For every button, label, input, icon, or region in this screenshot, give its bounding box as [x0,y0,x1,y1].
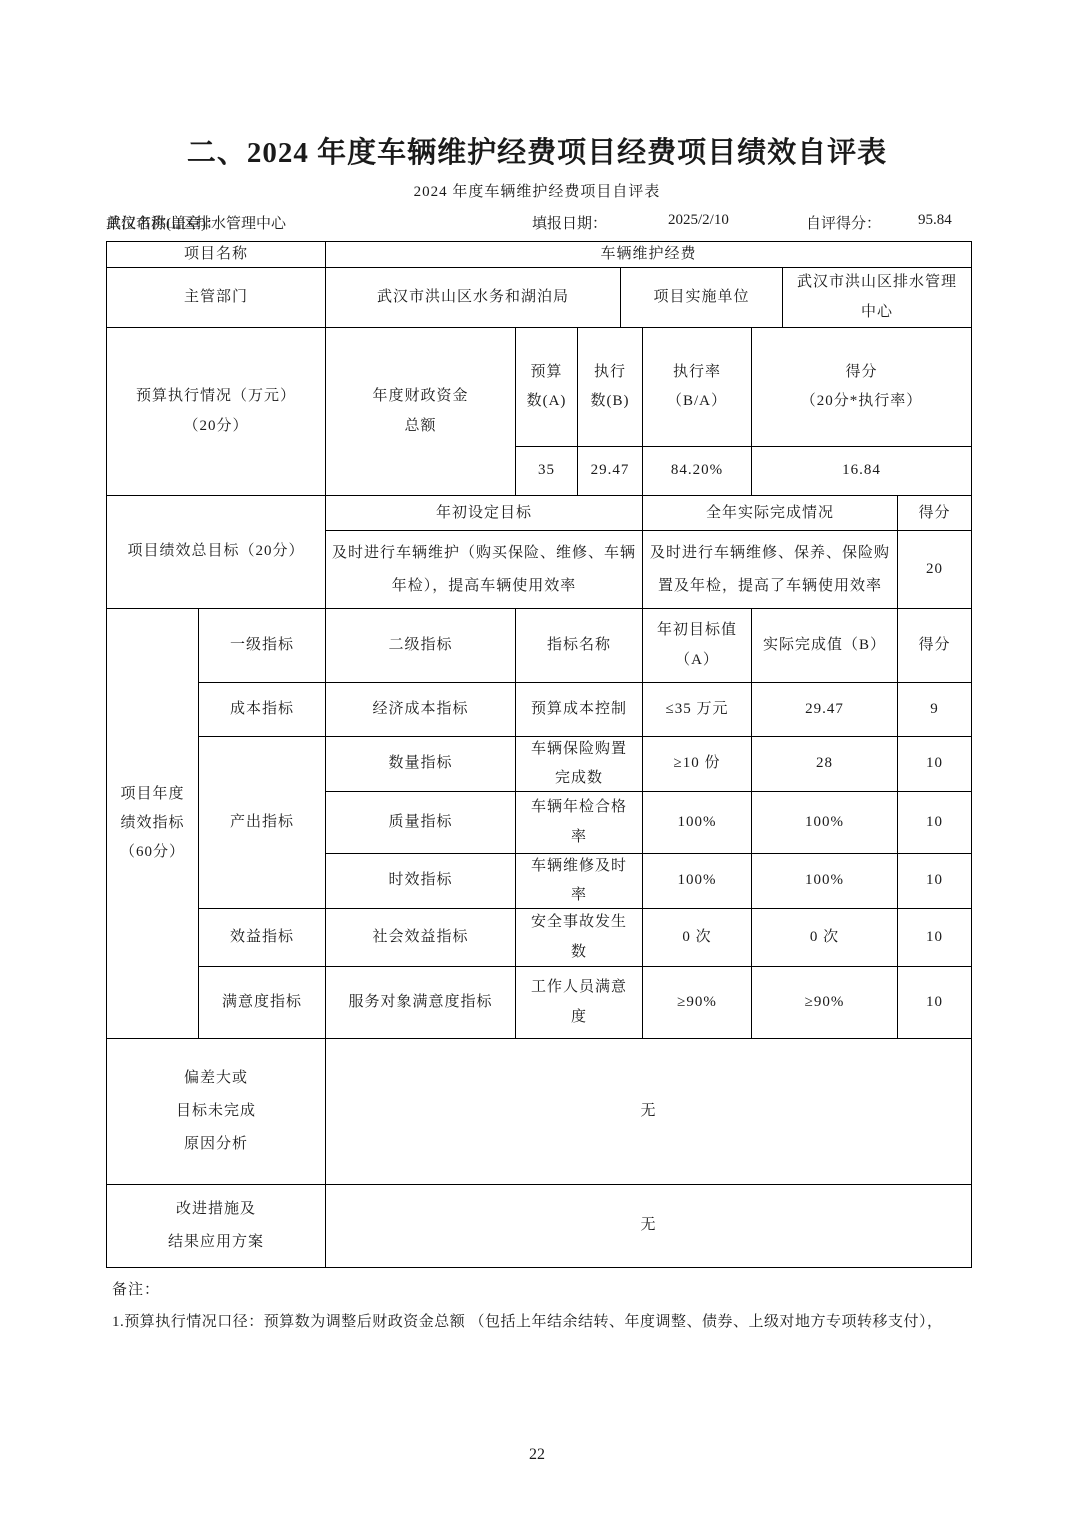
fill-date-label: 填报日期： [532,212,607,233]
improvement-label-cell: 改进措施及 结果应用方案 [107,1185,326,1268]
table-subtitle: 2024 年度车辆维护经费项目自评表 [0,180,1074,201]
indicator-row-cell: 车辆保险购置 完成数 [516,737,643,792]
indicator-score-header-cell: 得分 [898,609,972,683]
indicators-section-label-cell: 项目年度 绩效指标 （60分） [107,609,199,1039]
indicator-row-cell: 100% [752,854,898,909]
indicator-row-cell: 工作人员满意 度 [516,967,643,1039]
info-line: 单位名称(盖章)：武汉市洪山区排水管理中心 填报日期： 2025/2/10 自评… [106,212,972,234]
performance-goals-section: 项目绩效总目标（20分） 年初设定目标 全年实际完成情况 得分 及时进行车辆维护… [107,496,972,609]
indicator-row-cell: 9 [898,683,972,737]
budget-execution-section: 预算执行情况（万元） （20分） 年度财政资金 总额 预算 数(A) 执行 数(… [107,328,972,496]
indicator-row-cell: 10 [898,967,972,1039]
goals-section-label-cell: 项目绩效总目标（20分） [107,496,326,609]
indicator-row-cell: 10 [898,909,972,967]
exec-rate-header-cell: 执行率 （B/A） [643,328,752,447]
self-score-value: 95.84 [918,212,952,229]
indicator-row-cell: 100% [643,854,752,909]
indicator-row-cell: 预算成本控制 [516,683,643,737]
indicator-row-cell: ≤35 万元 [643,683,752,737]
indicator-row-cell: ≥90% [643,967,752,1039]
document-page: 二、2024 年度车辆维护经费项目经费项目绩效自评表 2024 年度车辆维护经费… [0,0,1074,1520]
department-row: 主管部门 武汉市洪山区水务和湖泊局 项目实施单位 武汉市洪山区排水管理 中心 [107,268,972,328]
budget-score-value-cell: 16.84 [752,447,972,496]
project-name-row: 项目名称 车辆维护经费 [107,242,972,268]
indicator-row-cell: 成本指标 [199,683,326,737]
deviation-section: 偏差大或 目标未完成 原因分析 无 [107,1039,972,1185]
deviation-value-cell: 无 [326,1039,972,1185]
indicator-row-cell: 0 次 [752,909,898,967]
indicator-row-cell: 车辆维修及时 率 [516,854,643,909]
indicator-row-cell: 经济成本指标 [326,683,516,737]
notes-label: 备注： [112,1278,160,1299]
indicator-row-cell: 28 [752,737,898,792]
self-evaluation-table: 项目名称 车辆维护经费 主管部门 武汉市洪山区水务和湖泊局 项目实施单位 武汉市… [106,241,972,1268]
annual-fund-label-cell: 年度财政资金 总额 [326,328,516,496]
annual-indicators-section: 项目年度 绩效指标 （60分） 一级指标 二级指标 指标名称 年初目标值 （A）… [107,609,972,1039]
indicator-row-cell: 服务对象满意度指标 [326,967,516,1039]
page-title: 二、2024 年度车辆维护经费项目经费项目绩效自评表 [0,130,1074,171]
indicator-row-cell: 时效指标 [326,854,516,909]
exec-number-value-cell: 29.47 [578,447,643,496]
indicator-row-cell: 0 次 [643,909,752,967]
indicator-row-cell: 数量指标 [326,737,516,792]
goal-actual-header-cell: 全年实际完成情况 [643,496,898,531]
indicator-row-cell: ≥90% [752,967,898,1039]
actual-value-header-cell: 实际完成值（B） [752,609,898,683]
project-name-label-cell: 项目名称 [107,242,326,268]
self-score-label: 自评得分： [806,212,881,233]
note-1: 1.预算执行情况口径：预算数为调整后财政资金总额 （包括上年结余结转、年度调整、… [112,1310,972,1331]
goal-actual-text-cell: 及时进行车辆维修、保养、保险购置及年检，提高了车辆使用效率 [643,531,898,609]
indicator-row-cell: 29.47 [752,683,898,737]
unit-name-value: 武汉市洪山区排水管理中心 [106,212,286,233]
fill-date-value: 2025/2/10 [668,212,729,229]
indicator-row-cell: 100% [643,792,752,854]
indicator-row-cell: 社会效益指标 [326,909,516,967]
indicator-row-cell: 产出指标 [199,737,326,909]
impl-unit-value-cell: 武汉市洪山区排水管理 中心 [783,268,972,328]
dept-label-cell: 主管部门 [107,268,326,328]
level1-header-cell: 一级指标 [199,609,326,683]
indicator-row-cell: 100% [752,792,898,854]
indicator-row-cell: 安全事故发生 数 [516,909,643,967]
indicator-row-cell: 10 [898,792,972,854]
level2-header-cell: 二级指标 [326,609,516,683]
impl-unit-label-cell: 项目实施单位 [621,268,783,328]
budget-section-label-cell: 预算执行情况（万元） （20分） [107,328,326,496]
exec-number-header-cell: 执行 数(B) [578,328,643,447]
indicator-row-cell: 车辆年检合格 率 [516,792,643,854]
improvement-value-cell: 无 [326,1185,972,1268]
indicator-row-cell: 质量指标 [326,792,516,854]
goal-target-text-cell: 及时进行车辆维护（购买保险、维修、车辆年检），提高车辆使用效率 [326,531,643,609]
target-value-header-cell: 年初目标值 （A） [643,609,752,683]
deviation-label-cell: 偏差大或 目标未完成 原因分析 [107,1039,326,1185]
goal-target-header-cell: 年初设定目标 [326,496,643,531]
dept-value-cell: 武汉市洪山区水务和湖泊局 [326,268,621,328]
goal-score-header-cell: 得分 [898,496,972,531]
indicator-row-cell: ≥10 份 [643,737,752,792]
indicator-name-header-cell: 指标名称 [516,609,643,683]
page-number: 22 [0,1446,1074,1464]
goal-score-value-cell: 20 [898,531,972,609]
indicator-row-cell: 满意度指标 [199,967,326,1039]
budget-number-header-cell: 预算 数(A) [516,328,578,447]
indicator-row-cell: 10 [898,854,972,909]
budget-number-value-cell: 35 [516,447,578,496]
project-name-value-cell: 车辆维护经费 [326,242,972,268]
indicator-row-cell: 效益指标 [199,909,326,967]
exec-rate-value-cell: 84.20% [643,447,752,496]
budget-score-header-cell: 得分 （20分*执行率） [752,328,972,447]
indicator-row-cell: 10 [898,737,972,792]
improvement-section: 改进措施及 结果应用方案 无 [107,1185,972,1268]
